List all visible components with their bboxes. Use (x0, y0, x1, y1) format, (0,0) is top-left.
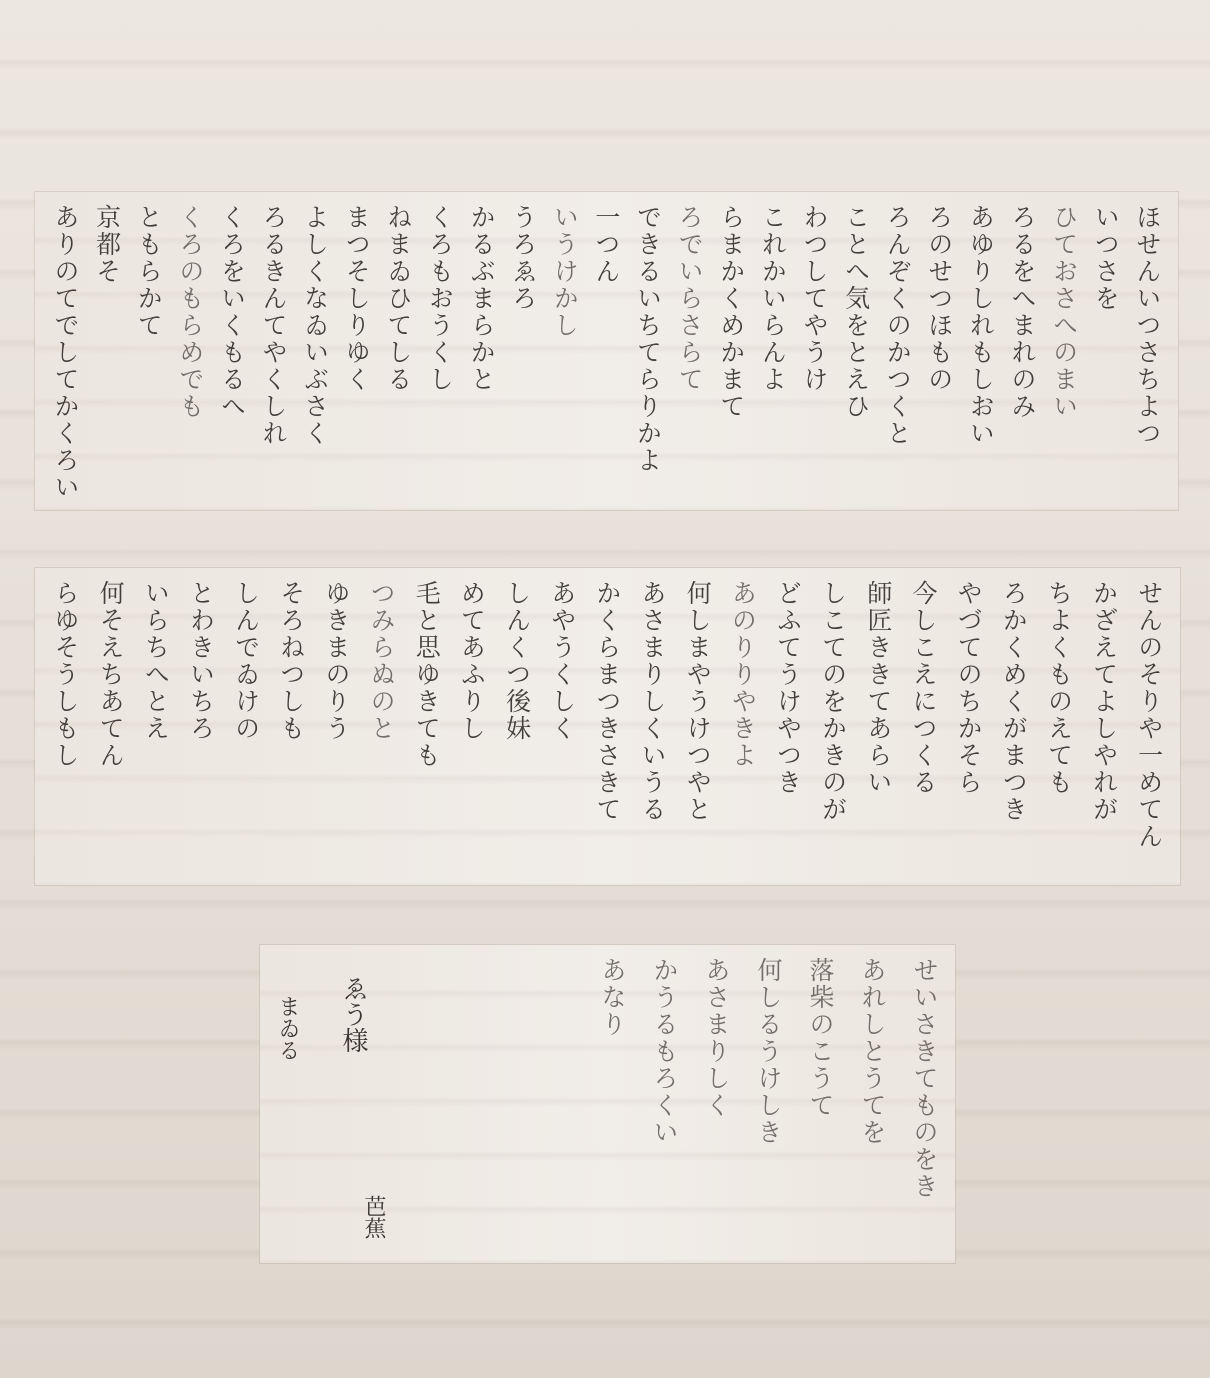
text-column: どふてうけやつき (776, 580, 801, 875)
text-column: 今しこえにつくる (911, 580, 936, 875)
text-column: 京都そ (95, 204, 120, 500)
addressee: ゑう様 (335, 975, 372, 1053)
text-column: かくらまつきさきて (595, 580, 620, 875)
text-column: まつそしりゆく (344, 204, 369, 500)
text-column: 落柴のこうて (808, 957, 833, 1253)
text-column: つみらぬのと (369, 580, 394, 875)
letter-strip-middle: せんのそりや一めてん かざえてよしやれが ちよくものえても ろかくめくがまつき … (35, 568, 1180, 885)
text-column: よしくなゐいぶさく (303, 204, 328, 500)
text-column: できるいちてらりかよ (636, 204, 661, 500)
text-column: ろでいらさらて (677, 204, 702, 500)
text-column: ねまゐひてしる (386, 204, 411, 500)
text-column: 何そえちあてん (98, 580, 123, 875)
text-column: ろるきんてやくしれ (261, 204, 286, 500)
text-column: これかいらんよ (760, 204, 785, 500)
text-column: くろをいくもるへ (219, 204, 244, 500)
text-column: あさまりしく (704, 957, 729, 1253)
letter-strip-upper: ほせんいつさちよつ いつさを ひておさへのまい ろるをへまれのみ あゆりしれもし… (35, 192, 1178, 510)
text-column: かうるもろくい (652, 957, 677, 1253)
text-column: しんくつ後妹 (505, 580, 530, 875)
text-column: ろんぞくのかつくと (885, 204, 910, 500)
text-column: ひておさへのまい (1052, 204, 1077, 500)
text-column: そろねつしも (279, 580, 304, 875)
text-column: ちよくものえても (1046, 580, 1071, 875)
address-suffix: まゐる (272, 995, 303, 1061)
text-column: かるぶまらかと (469, 204, 494, 500)
text-column: くろもおうくし (427, 204, 452, 500)
text-column: しこてのをかきのが (821, 580, 846, 875)
text-column: しんでゐけの (234, 580, 259, 875)
text-column: あなり (600, 957, 625, 1253)
text-column: あのりりやきよ (730, 580, 755, 875)
text-column: うろゑろ (511, 204, 536, 500)
text-column: いつさを (1093, 204, 1118, 500)
text-columns: せんのそりや一めてん かざえてよしやれが ちよくものえても ろかくめくがまつき … (53, 580, 1162, 875)
text-column: らゆそうしもし (53, 580, 78, 875)
text-column: あゆりしれもしおい (968, 204, 993, 500)
text-column: くろのもらめでも (178, 204, 203, 500)
text-column: ゆきまのりう (324, 580, 349, 875)
text-column: ありのてでしてかくろい (53, 204, 78, 500)
text-column: いらちへとえ (143, 580, 168, 875)
text-column: ろかくめくがまつき (1001, 580, 1026, 875)
text-column: 何しまやうけつやと (685, 580, 710, 875)
letter-strip-lower: せいさきてものをき あれしとうてを 落柴のこうて 何しるうけしき あさまりしく … (260, 945, 955, 1263)
text-column: かざえてよしやれが (1092, 580, 1117, 875)
text-column: あさまりしくいうる (640, 580, 665, 875)
signature: 芭蕉 (358, 1195, 389, 1239)
text-column: あれしとうてを (860, 957, 885, 1253)
text-column: ほせんいつさちよつ (1135, 204, 1160, 500)
text-column: せいさきてものをき (912, 957, 937, 1253)
text-column: ろるをへまれのみ (1010, 204, 1035, 500)
text-column: ことへ気をとえひ (844, 204, 869, 500)
text-column: 一つん (594, 204, 619, 500)
text-columns: せいさきてものをき あれしとうてを 落柴のこうて 何しるうけしき あさまりしく … (600, 957, 937, 1253)
text-column: めてあふりし (459, 580, 484, 875)
text-columns: ほせんいつさちよつ いつさを ひておさへのまい ろるをへまれのみ あゆりしれもし… (53, 204, 1160, 500)
text-column: 何しるうけしき (756, 957, 781, 1253)
text-column: せんのそりや一めてん (1137, 580, 1162, 875)
text-column: あやうくしく (550, 580, 575, 875)
text-column: とわきいちろ (188, 580, 213, 875)
text-column: やづてのちかそら (956, 580, 981, 875)
text-column: いうけかし (552, 204, 577, 500)
text-column: ともらかて (136, 204, 161, 500)
text-column: 毛と思ゆきても (414, 580, 439, 875)
text-column: ろのせつほもの (927, 204, 952, 500)
text-column: 師匠ききてあらい (866, 580, 891, 875)
text-column: らまかくめかまて (719, 204, 744, 500)
text-column: わつしてやうけ (802, 204, 827, 500)
